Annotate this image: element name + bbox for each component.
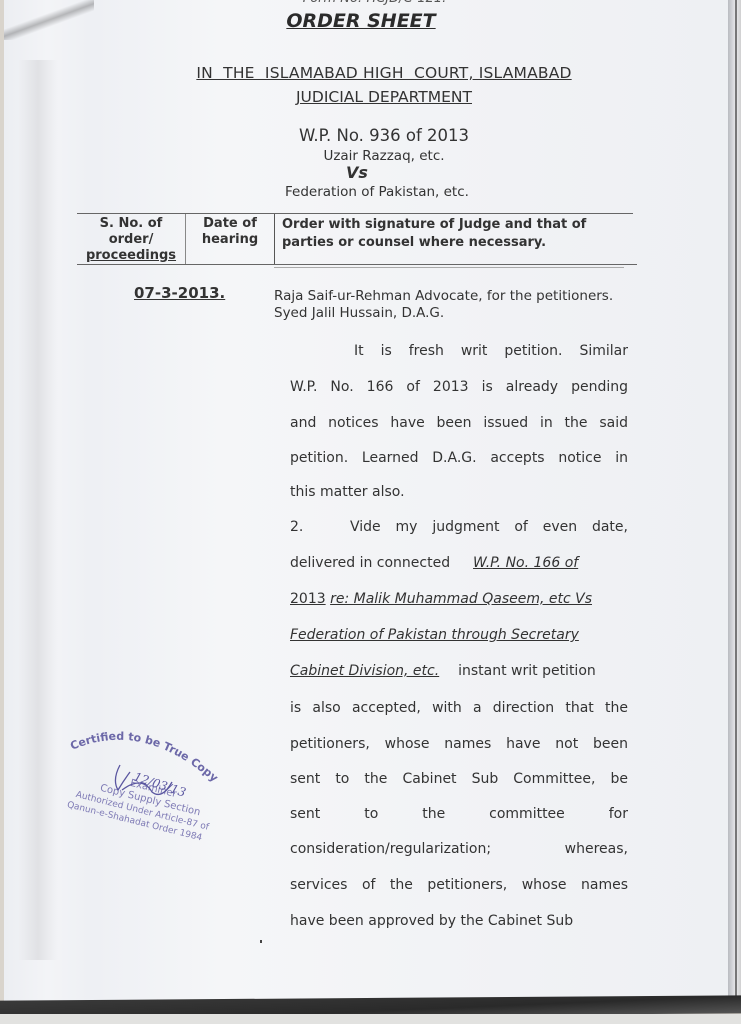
paragraph-2-line: sent to the Cabinet Sub Committee, be: [290, 771, 628, 787]
case-number: W.P. No. 936 of 2013: [4, 126, 728, 145]
paragraph-2-line: Vide my judgment of even date,: [350, 519, 628, 535]
court-name: IN THE ISLAMABAD HIGH COURT, ISLAMABAD: [4, 64, 728, 82]
column-divider: [274, 214, 275, 264]
scanner-bed: [0, 1014, 741, 1024]
header-line: parties or counsel where necessary.: [282, 234, 642, 252]
header-line: hearing: [187, 232, 273, 248]
column-divider: [185, 214, 186, 264]
paragraph-2-line: 2013 re: Malik Muhammad Qaseem, etc Vs: [290, 591, 628, 607]
paragraph-2-line: petitioners, whose names have not been: [290, 736, 628, 752]
paragraph-2-number: 2.: [290, 519, 330, 535]
case-reference: Cabinet Division, etc.: [290, 663, 439, 679]
order-date: 07-3-2013.: [134, 284, 225, 302]
department: JUDICIAL DEPARTMENT: [4, 88, 728, 106]
case-reference: Federation of Pakistan through Secretary: [290, 627, 579, 643]
paragraph-2-line: is also accepted, with a direction that …: [290, 700, 628, 716]
text: instant writ petition: [458, 663, 596, 679]
order-sheet-page: Form No: HCJD/C-121. ORDER SHEET IN THE …: [4, 0, 728, 1004]
header-order: Order with signature of Judge and that o…: [282, 216, 642, 252]
header-line: Order with signature of Judge and that o…: [282, 216, 642, 234]
paragraph-2-line: Federation of Pakistan through Secretary: [290, 627, 628, 643]
table-border-top: [77, 213, 633, 214]
paragraph-2-line: have been approved by the Cabinet Sub: [290, 913, 628, 929]
header-line: proceedings: [77, 248, 185, 264]
page-edge-line: [735, 0, 737, 1010]
paragraph-2-line: Cabinet Division, etc. instant writ peti…: [290, 663, 628, 679]
paragraph-2-line: sent to the committee for: [290, 806, 628, 822]
header-date-of-hearing: Date of hearing: [187, 216, 273, 248]
petitioner-name: Uzair Razzaq, etc.: [4, 148, 728, 164]
form-number: Form No: HCJD/C-121.: [4, 0, 728, 6]
paragraph-1-line: this matter also.: [290, 484, 628, 500]
scan-speck: [260, 940, 262, 943]
paragraph-1-line: and notices have been issued in the said: [290, 415, 628, 431]
paragraph-2-line: consideration/regularization; whereas,: [290, 841, 628, 857]
case-reference: 2013: [290, 591, 326, 607]
paragraph-1-line: W.P. No. 166 of 2013 is already pending: [290, 379, 628, 395]
paragraph-2-line: services of the petitioners, whose names: [290, 877, 628, 893]
paragraph-1-line: It is fresh writ petition. Similar: [354, 343, 628, 359]
appearance-counsel: Raja Saif-ur-Rehman Advocate, for the pe…: [274, 288, 613, 304]
table-border-bottom: [77, 264, 637, 265]
paragraph-2-line: delivered in connected W.P. No. 166 of: [290, 555, 628, 571]
header-serial-number: S. No. of order/ proceedings: [77, 216, 185, 264]
header-line: order/: [77, 232, 185, 248]
page-title: ORDER SHEET: [4, 10, 718, 32]
respondent-name: Federation of Pakistan, etc.: [4, 184, 728, 200]
text: delivered in connected: [290, 555, 450, 571]
case-reference: W.P. No. 166 of: [473, 555, 578, 571]
header-line: Date of: [187, 216, 273, 232]
paragraph-1-line: petition. Learned D.A.G. accepts notice …: [290, 450, 628, 466]
header-line: S. No. of: [77, 216, 185, 232]
certified-copy-stamp: Certified to be True Copy Examiner Copy …: [52, 720, 252, 870]
appearance-dag: Syed Jalil Hussain, D.A.G.: [274, 305, 444, 321]
case-reference: re: Malik Muhammad Qaseem, etc Vs: [330, 591, 592, 607]
table-border-bottom: [274, 267, 624, 268]
versus-label: Vs: [346, 163, 368, 182]
